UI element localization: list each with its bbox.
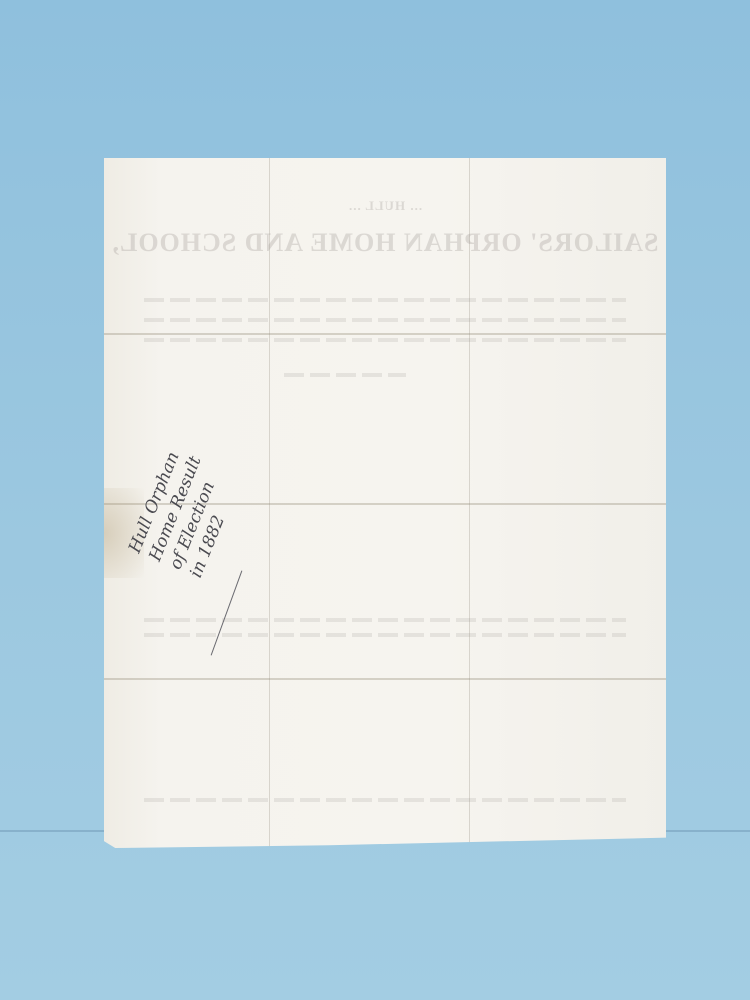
bleed-through-text-line bbox=[144, 338, 626, 342]
fold-line-horizontal bbox=[104, 333, 666, 335]
fold-line-horizontal bbox=[104, 678, 666, 680]
bleed-through-text-line bbox=[144, 298, 626, 302]
bleed-through-title: SAILORS' ORPHAN HOME AND SCHOOL, bbox=[104, 228, 666, 258]
bleed-through-text-line bbox=[284, 373, 406, 377]
bleed-through-text-line bbox=[144, 798, 626, 802]
bleed-through-heading: ... HULL ... bbox=[104, 198, 666, 214]
bleed-through-text-line bbox=[144, 618, 626, 622]
handwritten-note: Hull Orphan Home Result of Election in 1… bbox=[124, 363, 281, 581]
handwriting-underline bbox=[211, 571, 243, 656]
document-sheet: ... HULL ... SAILORS' ORPHAN HOME AND SC… bbox=[104, 158, 666, 848]
bleed-through-text-line bbox=[144, 318, 626, 322]
